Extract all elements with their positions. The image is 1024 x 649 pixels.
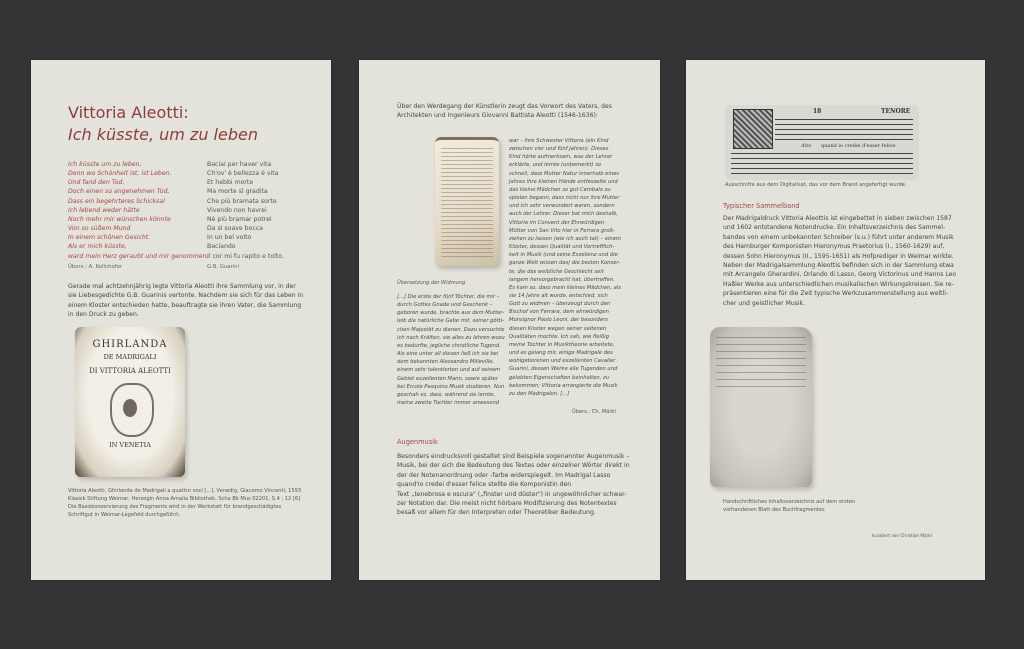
text-line: dessen Sohn Hieronymus (II., 1595-1651) … (723, 252, 956, 261)
image-label: quand io credei d'esser felice (821, 143, 895, 149)
text-line: Neben der Madrigalsammlung Aleottis befi… (723, 261, 956, 270)
text-line: Vittoria im Convent der Ehrwürdigen (509, 219, 621, 227)
text-line: geboren wurde, brachte aus dem Mutter- (397, 309, 505, 317)
poem-line: Ich lebend weder hätte (68, 206, 208, 215)
text-line: zu den Madrigalen. [...] (509, 390, 621, 398)
text-line: ich nach Kräften, sie alles zu lehren wo… (397, 334, 505, 342)
panel-title: Vittoria Aleotti: (68, 102, 189, 124)
text-line: einem Kloster entschieden hatte, beauftr… (68, 301, 303, 310)
crest-emblem (110, 383, 154, 437)
text-line: das kleine Mädchen so gut Cembalo zu (509, 186, 621, 194)
text-line: war – ihre Schwester Vittoria (ein Kind (509, 137, 621, 145)
sammelband-paragraph: Der Madrigaldruck Vittoria Aleottis ist … (723, 214, 956, 308)
music-excerpt-caption: Ausschnitte aus dem Digitalisat, das vor… (725, 181, 907, 189)
text-line: quand'io credei d'esser felice stellte d… (397, 480, 630, 489)
exhibit-panel-3: 18 TENORE Alto quand io credei d'esser f… (686, 60, 985, 580)
text-line: bei Ercole Pasquino Musik studieren. Nun (397, 383, 505, 391)
dedication-continuation: war – ihre Schwester Vittoria (ein Kind … (509, 137, 621, 398)
caption-line: Handschriftliches Inhaltsverzeichnis auf… (723, 498, 855, 506)
text-line: Kind hörte aufmerksam, was der Lehrer (509, 153, 621, 161)
image-text: DI VITTORIA ALEOTTI (75, 367, 185, 375)
text-line: dem bekannten Alessandro Milleville, (397, 358, 505, 366)
poem-line: Dass ein begehrteres Schicksal (68, 197, 208, 206)
text-line: meine zweite Tochter immer anwesend (397, 399, 505, 407)
poem-italian-credit: G.B. Guarini (207, 264, 239, 270)
text-line: der der Notenanordnung oder -farbe wider… (397, 471, 630, 480)
title-page-caption: Vittoria Aleotti, Ghirlanda de Madrigali… (68, 487, 301, 519)
poem-line: Als er mich küsste, (68, 242, 208, 251)
text-line: in den Druck zu geben. (68, 310, 303, 319)
text-line: ganze Welt wissen das) die besten Konser… (509, 259, 621, 267)
text-line: Der Madrigaldruck Vittoria Aleottis ist … (723, 214, 956, 223)
handwriting-lines (716, 337, 806, 387)
poem-german: Ich küsste um zu leben, Denn wo Schönhei… (68, 160, 208, 261)
dedication-letter-image (435, 137, 499, 266)
text-line: Mütter von San Vito hier in Ferrara groß… (509, 227, 621, 235)
text-line: besaß vor allem für den Interpreten oder… (397, 508, 630, 517)
dedication-translation: [...] Die erste der fünf Töchter, die mi… (397, 293, 505, 407)
text-line: schnell, dass Mutter Natur innerhalb ein… (509, 170, 621, 178)
text-line: bekommen; Vittoria arrangierte die Musik (509, 382, 621, 390)
text-line: [...] Die erste der fünf Töchter, die mi… (397, 293, 505, 301)
text-line: Guarini, dessen Werke alle Tugenden und (509, 365, 621, 373)
translator-credit: Übers.: Ch. Märkl (572, 408, 616, 416)
text-line: erklärte, und lernte (unbemerkt) so (509, 161, 621, 169)
poem-line: Che più bramata sorte (207, 197, 284, 206)
poem-line: Nè più bramar potrei (207, 215, 284, 224)
ghirlanda-title-page-image: GHIRLANDA DE MADRIGALI DI VITTORIA ALEOT… (75, 327, 185, 477)
text-line: te, die das weibliche Geschlecht seit (509, 268, 621, 276)
text-line: sie Liebesgedichte G.B. Guarinis vertont… (68, 291, 303, 300)
text-line: Text „tenebrosa e oscura" („finster und … (397, 490, 630, 499)
text-line: leib die natürliche Gabe mit, seiner göt… (397, 317, 505, 325)
poem-line: In un bel volto (207, 233, 284, 242)
caption-line: Schriftgut in Weimar-Legefeld durchgefüh… (68, 511, 301, 519)
caption-line: Vittoria Aleotti, Ghirlanda de Madrigali… (68, 487, 301, 495)
text-line: und ich sehr verwundert waren, sondern (509, 202, 621, 210)
poem-line: In einem schönen Gesicht. (68, 233, 208, 242)
image-label: Alto (801, 143, 811, 149)
intro-paragraph: Gerade mal achtzehnjährig legte Vittoria… (68, 282, 303, 320)
fragment-caption: Handschriftliches Inhaltsverzeichnis auf… (723, 498, 855, 514)
text-line: geschah es, dass, während sie lernte, (397, 391, 505, 399)
poem-line: Il cor mi fu rapito e tolto. (207, 252, 284, 261)
text-line: keit in Musik (und seine Exzellenz und d… (509, 251, 621, 259)
poem-line: Und fand den Tod. (68, 178, 208, 187)
image-text: DE MADRIGALI (75, 353, 185, 361)
text-line: und 1602 entstandene Notendrucke. Ein In… (723, 223, 956, 232)
caption-line: Die Basiskonservierung des Fragments wir… (68, 503, 301, 511)
text-line: durch Gottes Gnade und Geschenk – (397, 301, 505, 309)
text-line: langem hervorgebracht hat, übertreffen. (509, 276, 621, 284)
poem-line: Von so süßem Mund (68, 224, 208, 233)
text-line: zer Notation dar. Die meist nicht hörbar… (397, 499, 630, 508)
music-staff (731, 153, 913, 175)
poem-line: Baciando (207, 242, 284, 251)
poem-line: Et hebbi morte (207, 178, 284, 187)
text-line: Es kam so, dass mein kleines Mädchen, al… (509, 284, 621, 292)
poem-line: Denn wo Schönheit ist, ist Leben. (68, 169, 208, 178)
image-text: GHIRLANDA (75, 339, 185, 350)
text-line: Haßler Werke aus unterschiedlichen musik… (723, 280, 956, 289)
text-line: Besonders eindrucksvoll gestaltet sind B… (397, 452, 630, 461)
text-line: präsentieren eine für die Zeit typische … (723, 289, 956, 298)
text-line: diesen Kloster wegen seiner seltenen (509, 325, 621, 333)
text-line: Als eine unter all diesen ließ ich sie b… (397, 350, 505, 358)
text-line: Gerade mal achtzehnjährig legte Vittoria… (68, 282, 303, 291)
poem-line: Da sì soave bocca (207, 224, 284, 233)
augenmusik-paragraph: Besonders eindrucksvoll gestaltet sind B… (397, 452, 630, 518)
text-line: spielen begann, dass nicht nur ihre Mutt… (509, 194, 621, 202)
text-line: Über den Werdegang der Künstlerin zeugt … (397, 102, 612, 111)
caption-line: Klassik Stiftung Weimar, Herzogin Anna A… (68, 495, 301, 503)
text-line: zwischen vier und fünf Jahren). Dieses (509, 145, 621, 153)
music-staff (775, 119, 913, 141)
poem-line: Noch mehr mir wünschen könnte (68, 215, 208, 224)
poem-italian: Baciai per haver vita Ch'ov' è bellezza … (207, 160, 284, 261)
handwriting-lines (441, 148, 493, 258)
text-line: des Hamburger Komponisten Hieronymus Pra… (723, 242, 956, 251)
poem-line: Ich küsste um zu leben, (68, 160, 208, 169)
text-line: Bischof von Ferrara, dem ehrwürdigen (509, 308, 621, 316)
text-line: Gebiet exzellenten Mann, sowie später (397, 375, 505, 383)
text-line: sie 14 Jahre alt wurde, entschied, sich (509, 292, 621, 300)
text-line: cher und geistlicher Musik. (723, 299, 956, 308)
text-line: Architekten und Ingenieurs Giovanni Batt… (397, 111, 612, 120)
panel-subtitle: Ich küsste, um zu leben (68, 124, 258, 146)
image-label: 18 (813, 108, 821, 115)
text-line: Jahres ihre kleinen Hände entfesselte un… (509, 178, 621, 186)
poem-line: Ch'ov' è bellezza è vita (207, 169, 284, 178)
section-heading-augenmusik: Augenmusik (397, 438, 438, 446)
text-line: einem sehr talentierten und auf seinem (397, 366, 505, 374)
text-line: Kloster, dessen Qualität und Vortrefflic… (509, 243, 621, 251)
text-line: Qualitäten mochte. Ich sah, wie fleißig (509, 333, 621, 341)
poem-line: Baciai per haver vita (207, 160, 284, 169)
poem-german-credit: Übers.: A. Kellnhofer (68, 264, 122, 270)
text-line: meine Tochter in Musiktheorie arbeitete, (509, 341, 621, 349)
illuminated-initial (733, 109, 773, 149)
text-line: und es gelang mir, einige Madrigale des (509, 349, 621, 357)
poem-line: Vivendo non havrei (207, 206, 284, 215)
section-heading-sammelband: Typischer Sammelband (723, 202, 800, 210)
text-line: chen Majestät zu dienen. Dazu versuchte (397, 326, 505, 334)
image-label: TENORE (881, 108, 910, 115)
poem-line: Doch einen so angenehmen Tod, (68, 187, 208, 196)
manuscript-fragment-image (710, 327, 812, 487)
text-line: mit Arcangelo Gherardini, Orlando di Las… (723, 270, 956, 279)
poem-line: ward mein Herz geraubt und mir genommen. (68, 252, 208, 261)
text-line: ziehen zu lassen (wie ich auch tat) – ei… (509, 235, 621, 243)
caption-line: vorhandenen Blatt des Buchfragmentes (723, 506, 855, 514)
image-text: IN VENETIA (75, 441, 185, 449)
text-line: Musik, bei der sich die Bedeutung des Te… (397, 461, 630, 470)
music-excerpt-image: 18 TENORE Alto quand io credei d'esser f… (725, 105, 919, 180)
text-line: bandes von einem unbekannten Schreiber (… (723, 233, 956, 242)
poem-line: Ma morte sì gradita (207, 187, 284, 196)
text-line: auch der Lehrer. Dieser bat mich deshalb… (509, 210, 621, 218)
exhibit-panel-1: Vittoria Aleotti: Ich küsste, um zu lebe… (31, 60, 331, 580)
curator-credit: kuratiert von Christian Märkl (872, 532, 932, 540)
exhibit-panel-2: Über den Werdegang der Künstlerin zeugt … (359, 60, 660, 580)
text-line: wohlgeborenen und exzellenten Cavalier (509, 357, 621, 365)
text-line: Gott zu widmen – überzeugt durch den (509, 300, 621, 308)
text-line: gelobten Eigenschaften beinhalten, zu (509, 374, 621, 382)
text-line: es bedurfte, jegliche christliche Tugend… (397, 342, 505, 350)
intro-text: Über den Werdegang der Künstlerin zeugt … (397, 102, 612, 121)
text-line: Monsignor Paolo Leoni, der besonders (509, 316, 621, 324)
dedication-heading: Übersetzung der Widmung (397, 279, 465, 287)
